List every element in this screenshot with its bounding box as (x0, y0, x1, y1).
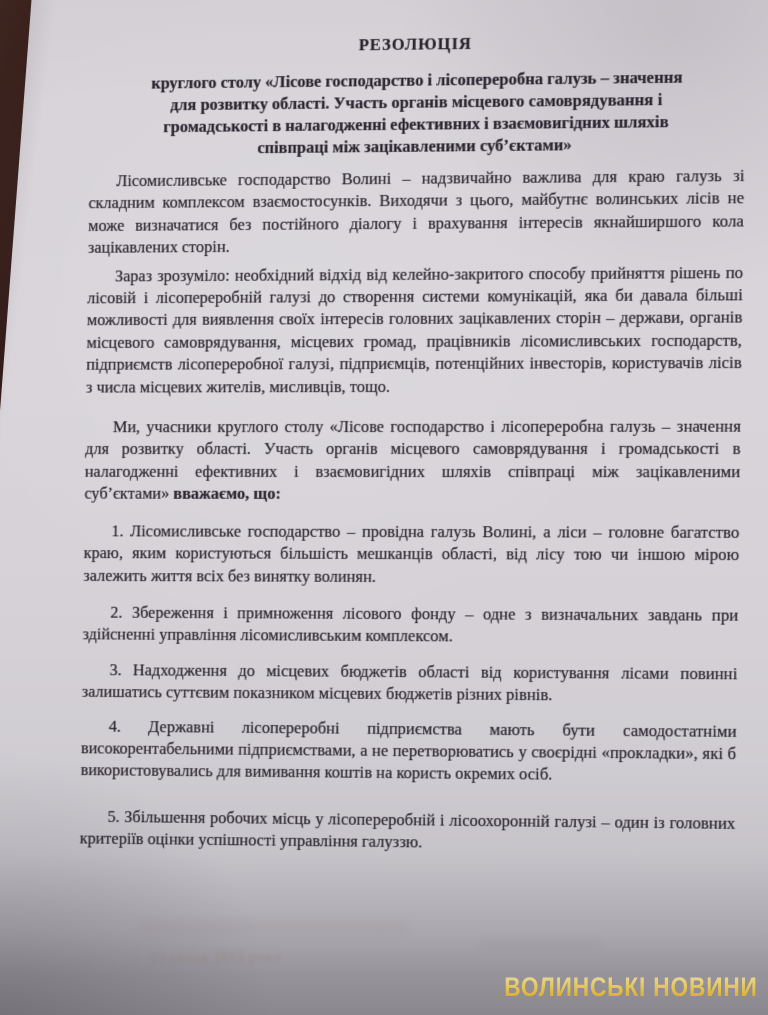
item-text: Державні лісопереробні підприємства мают… (81, 717, 737, 784)
resolution-item: 1. Лісомисливське господарство – провідн… (83, 520, 739, 589)
item-text: Надходження до місцевих бюджетів області… (82, 660, 738, 704)
photographed-document: РЕЗОЛЮЦІЯ круглого столу «Лісове господа… (0, 0, 768, 1015)
resolution-item: 4. Державні лісопереробні підприємства м… (81, 715, 737, 788)
item-number: 2. (110, 603, 122, 622)
item-number: 4. (109, 716, 121, 735)
resolution-document: РЕЗОЛЮЦІЯ круглого столу «Лісове господа… (0, 0, 768, 1015)
closing-paragraph: Ми, учасники круглого столу «Лісове госп… (84, 416, 741, 507)
closing-emphasis: вважаємо, що: (173, 484, 281, 503)
volynski-novyny-watermark-logo: ВОЛИНСЬКІ НОВИНИ (505, 972, 758, 1003)
item-number: 5. (107, 807, 119, 826)
paragraph: Зараз зрозуміло: необхідний відхід від к… (86, 262, 743, 399)
resolution-item: 2. Збереження і примноження лісового фон… (82, 602, 738, 650)
item-text: Збереження і примноження лісового фонду … (82, 603, 738, 646)
document-title: РЕЗОЛЮЦІЯ (91, 29, 747, 59)
item-number: 3. (109, 660, 121, 679)
item-number: 1. (111, 521, 123, 540)
resolution-item: 5. Збільшення робочих місць у лісопереро… (80, 806, 736, 858)
document-subtitle: круглого столу «Лісове господарство і лі… (95, 66, 740, 161)
paragraph: Лісомисливське господарство Волині – над… (88, 165, 745, 260)
item-text: Збільшення робочих місць у лісопереробні… (80, 807, 736, 852)
resolution-item: 3. Надходження до місцевих бюджетів обла… (82, 659, 738, 708)
item-text: Лісомисливське господарство – провідна г… (83, 521, 739, 585)
